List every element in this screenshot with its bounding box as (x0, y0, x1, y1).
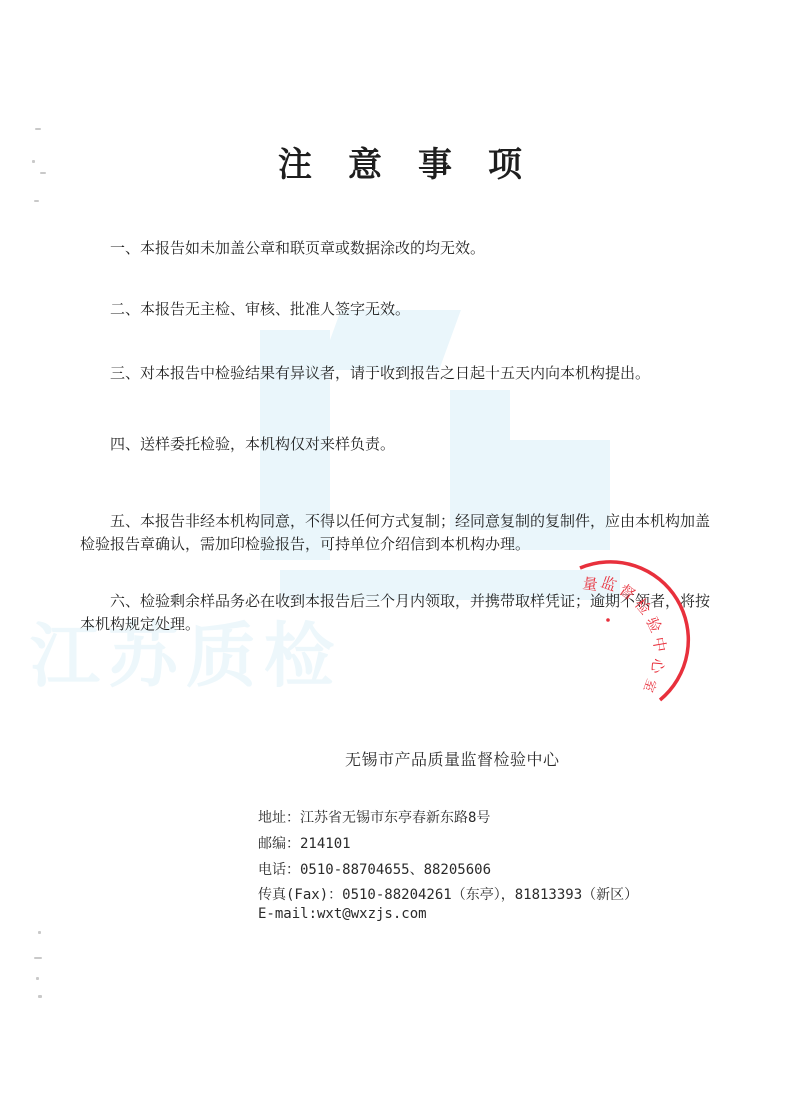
svg-text:验: 验 (642, 614, 665, 635)
notice-item-4: 四、送样委托检验，本机构仅对来样负责。 (110, 433, 395, 456)
item-number: 一、 (110, 239, 140, 257)
official-seal-icon: 量 监 督 检 验 中 心 室 (560, 540, 730, 710)
svg-text:中: 中 (649, 636, 669, 654)
svg-text:检: 检 (631, 595, 654, 618)
notice-item-3: 三、对本报告中检验结果有异议者，请于收到报告之日起十五天内向本机构提出。 (110, 362, 650, 385)
item-text: 本报告无主检、审核、批准人签字无效。 (140, 300, 410, 318)
svg-text:监: 监 (599, 573, 619, 595)
item-number: 三、 (110, 364, 140, 382)
svg-text:心: 心 (648, 658, 667, 676)
page-title: 注意事项 (0, 137, 800, 186)
notice-item-1: 一、本报告如未加盖公章和联页章或数据涂改的均无效。 (110, 237, 485, 260)
contact-fax: 传真(Fax)：0510-88204261（东亭），81813393（新区） (258, 884, 638, 904)
item-number: 二、 (110, 300, 140, 318)
item-text: 本报告如未加盖公章和联页章或数据涂改的均无效。 (140, 239, 485, 257)
item-text: 送样委托检验，本机构仅对来样负责。 (140, 435, 395, 453)
contact-email[interactable]: E-mail:wxt@wxzjs.com (258, 906, 427, 922)
organization-name: 无锡市产品质量监督检验中心 (345, 747, 560, 770)
item-number: 五、 (110, 512, 140, 530)
item-number: 四、 (110, 435, 140, 453)
contact-address: 地址：江苏省无锡市东亭春新东路8号 (258, 807, 490, 827)
svg-text:室: 室 (640, 677, 659, 694)
item-text: 对本报告中检验结果有异议者，请于收到报告之日起十五天内向本机构提出。 (140, 364, 650, 382)
scan-artifacts-bottom (30, 925, 50, 1005)
contact-phone: 电话：0510-88704655、88205606 (258, 859, 491, 879)
document-page: 江苏质检 注意事项 一、本报告如未加盖公章和联页章或数据涂改的均无效。 二、本报… (0, 0, 800, 1098)
contact-postcode: 邮编：214101 (258, 833, 351, 853)
notice-item-2: 二、本报告无主检、审核、批准人签字无效。 (110, 298, 410, 321)
item-number: 六、 (110, 592, 140, 610)
scan-artifacts-top (30, 120, 50, 210)
svg-text:量: 量 (581, 574, 598, 594)
svg-text:督: 督 (616, 581, 639, 604)
